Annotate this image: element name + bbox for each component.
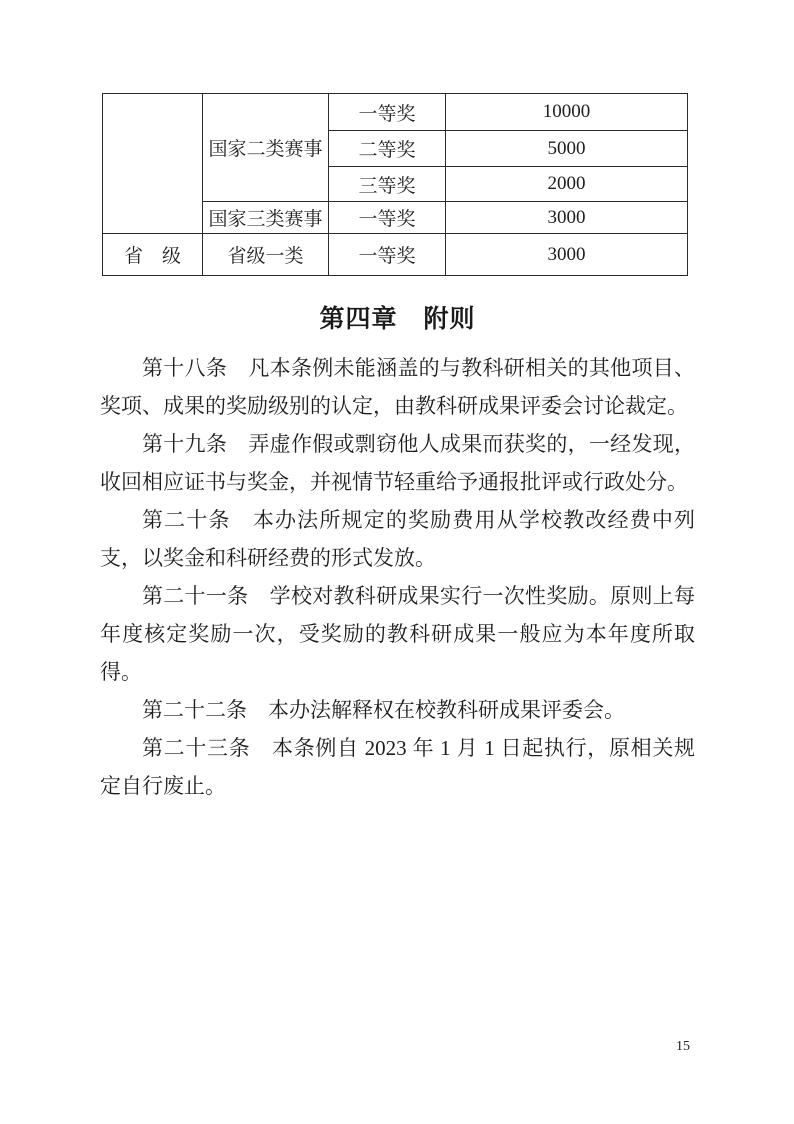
article-paragraph-19: 第十九条 弄虚作假或剽窃他人成果而获奖的，一经发现，收回相应证书与奖金，并视情节… (100, 425, 695, 501)
category-cell-province-tier1: 省级一类 (203, 234, 329, 276)
category-cell-national-tier2: 国家二类赛事 (203, 94, 329, 202)
page-number: 15 (653, 1039, 713, 1055)
prize-cell: 一等奖 (329, 234, 446, 276)
award-table: 国家二类赛事 一等奖 10000 二等奖 5000 三等奖 2000 国家三类赛… (102, 93, 688, 276)
level-cell-province: 省 级 (103, 234, 203, 276)
chapter-heading: 第四章 附则 (100, 299, 695, 335)
category-cell-national-tier3: 国家三类赛事 (203, 202, 329, 234)
table-row: 国家二类赛事 一等奖 10000 (103, 94, 688, 131)
prize-cell: 三等奖 (329, 167, 446, 202)
table-row: 省 级 省级一类 一等奖 3000 (103, 234, 688, 276)
prize-cell: 一等奖 (329, 202, 446, 234)
prize-cell: 二等奖 (329, 131, 446, 167)
article-paragraph-23: 第二十三条 本条例自 2023 年 1 月 1 日起执行，原相关规定自行废止。 (100, 729, 695, 805)
level-cell-empty (103, 94, 203, 234)
article-paragraph-18: 第十八条 凡本条例未能涵盖的与教科研相关的其他项目、奖项、成果的奖励级别的认定，… (100, 349, 695, 425)
amount-cell: 3000 (446, 202, 688, 234)
article-body: 第十八条 凡本条例未能涵盖的与教科研相关的其他项目、奖项、成果的奖励级别的认定，… (100, 349, 695, 805)
amount-cell: 10000 (446, 94, 688, 131)
article-paragraph-20: 第二十条 本办法所规定的奖励费用从学校教改经费中列支，以奖金和科研经费的形式发放… (100, 501, 695, 577)
article-paragraph-22: 第二十二条 本办法解释权在校教科研成果评委会。 (100, 691, 695, 729)
article-paragraph-21: 第二十一条 学校对教科研成果实行一次性奖励。原则上每年度核定奖励一次，受奖励的教… (100, 577, 695, 691)
prize-cell: 一等奖 (329, 94, 446, 131)
amount-cell: 2000 (446, 167, 688, 202)
document-page: 国家二类赛事 一等奖 10000 二等奖 5000 三等奖 2000 国家三类赛… (0, 0, 794, 1124)
amount-cell: 5000 (446, 131, 688, 167)
amount-cell: 3000 (446, 234, 688, 276)
